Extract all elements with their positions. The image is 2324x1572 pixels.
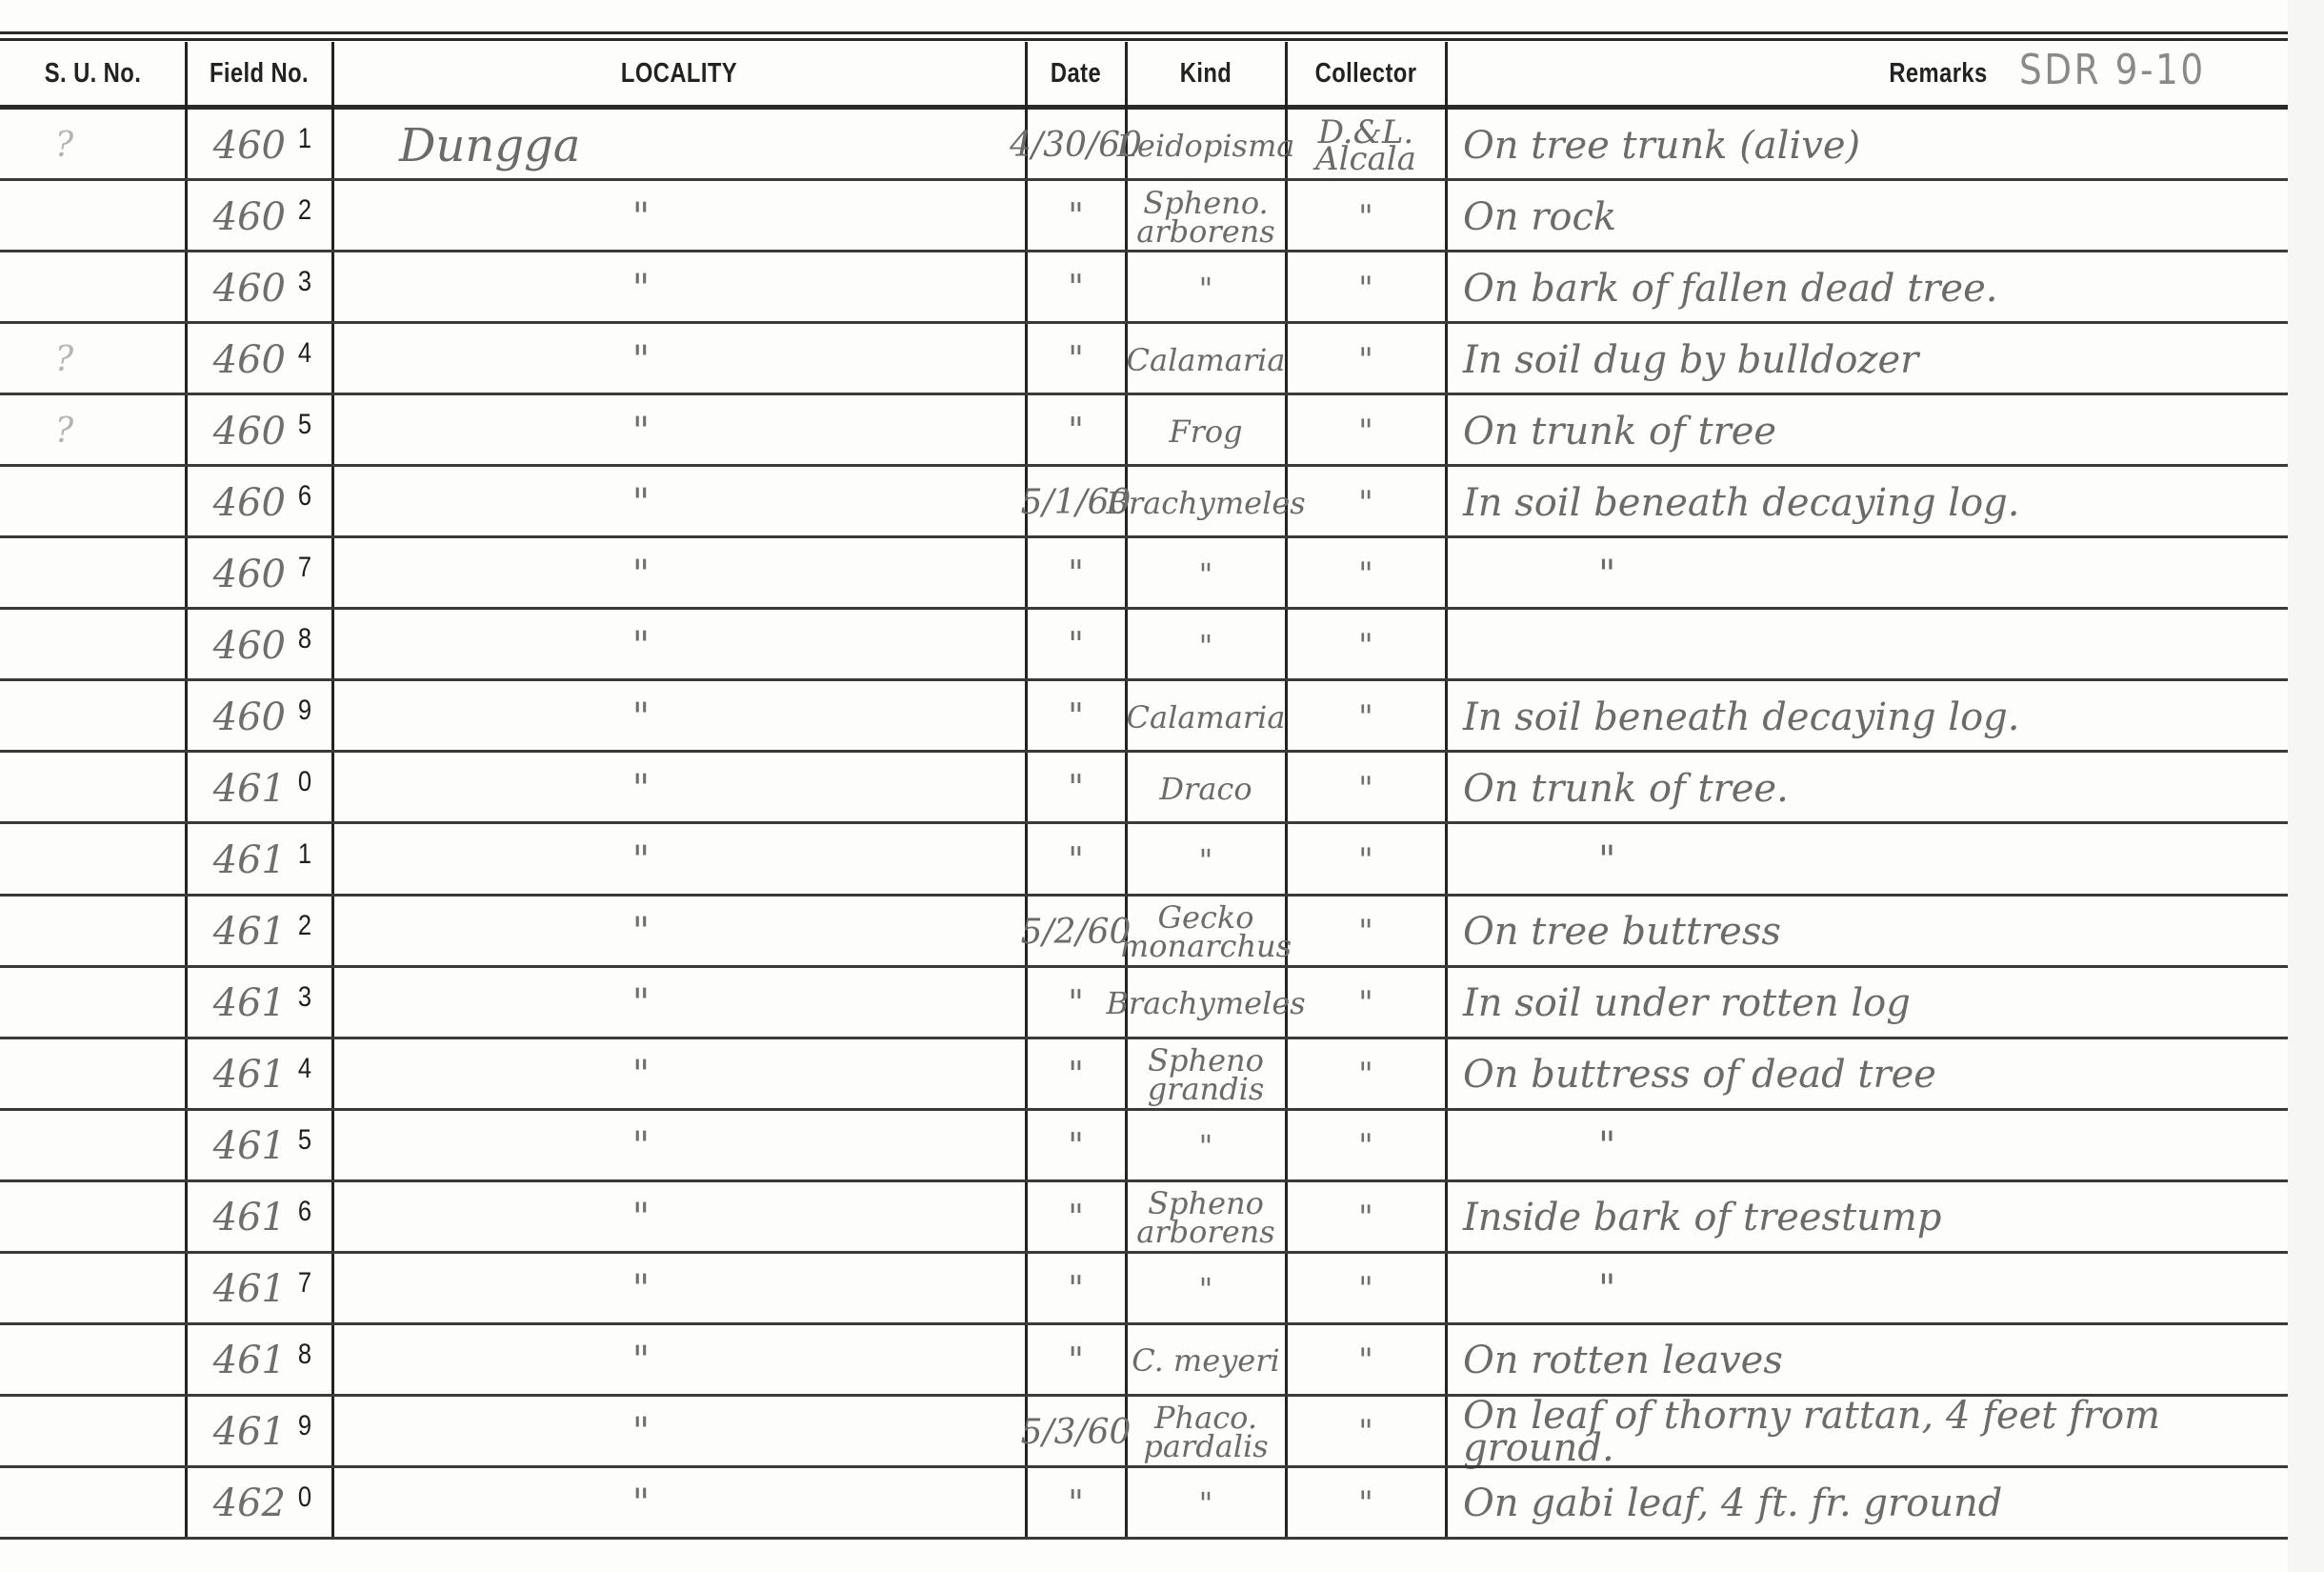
field-number-digit: 0 xyxy=(289,753,321,824)
field-number-digit: 4 xyxy=(289,1039,321,1111)
collector-cell: " xyxy=(1286,1325,1446,1397)
locality-cell: " xyxy=(332,681,1026,753)
table-row: 4615""""" xyxy=(0,1111,2288,1182)
field-number-prefix: 461 xyxy=(181,968,286,1039)
header-remarks: Remarks xyxy=(1875,42,2000,105)
collector-cell: " xyxy=(1286,825,1446,897)
date-cell: " xyxy=(1026,181,1126,252)
field-number-prefix: 461 xyxy=(181,1039,286,1111)
locality-cell: " xyxy=(332,825,1026,897)
remarks-cell: On trunk of tree. xyxy=(1446,753,2288,824)
field-number-prefix: 460 xyxy=(181,538,286,610)
remarks-cell: On rock xyxy=(1446,181,2288,252)
date-cell: " xyxy=(1026,1039,1126,1111)
collector-cell: " xyxy=(1286,753,1446,824)
field-number-prefix: 461 xyxy=(181,1254,286,1325)
date-cell: " xyxy=(1026,1468,1126,1540)
locality-cell: " xyxy=(332,1468,1026,1540)
locality-cell: " xyxy=(332,753,1026,824)
remarks-cell: On gabi leaf, 4 ft. fr. ground xyxy=(1446,1468,2288,1540)
su-number-cell xyxy=(0,753,186,824)
date-cell: " xyxy=(1026,753,1126,824)
field-number-digit: 6 xyxy=(289,1182,321,1254)
locality-cell: " xyxy=(332,324,1026,395)
table-row: 4613""Brachymeles"In soil under rotten l… xyxy=(0,968,2288,1039)
remarks-annotation: SDR 9-10 xyxy=(2019,46,2206,94)
field-number-digit: 2 xyxy=(289,181,321,252)
field-number-digit: 8 xyxy=(289,610,321,681)
collector-cell: " xyxy=(1286,181,1446,252)
table-row: 4617""""" xyxy=(0,1254,2288,1325)
kind-cell: Brachymeles xyxy=(1126,467,1286,538)
remarks-cell: " xyxy=(1446,538,2288,610)
su-number-cell xyxy=(0,467,186,538)
locality-cell: " xyxy=(332,610,1026,681)
kind-cell: " xyxy=(1126,1111,1286,1182)
date-cell: " xyxy=(1026,1111,1126,1182)
header-collector: Collector xyxy=(1300,42,1432,105)
remarks-cell: " xyxy=(1446,1254,2288,1325)
date-cell: " xyxy=(1026,252,1126,324)
table-row: 4619"5/3/60Phaco. pardalis"On leaf of th… xyxy=(0,1397,2288,1468)
table-row: ?4605""Frog"On trunk of tree xyxy=(0,395,2288,467)
table-row: 4608"""" xyxy=(0,610,2288,681)
field-number-digit: 1 xyxy=(289,110,321,181)
remarks-cell xyxy=(1446,610,2288,681)
table-row: ?4604""Calamaria"In soil dug by bulldoze… xyxy=(0,324,2288,395)
date-cell: " xyxy=(1026,538,1126,610)
kind-cell: " xyxy=(1126,1468,1286,1540)
locality-cell: " xyxy=(332,1254,1026,1325)
field-number-prefix: 460 xyxy=(181,110,286,181)
table-row: 4607""""" xyxy=(0,538,2288,610)
table-row: 4610""Draco"On trunk of tree. xyxy=(0,753,2288,824)
field-number-prefix: 460 xyxy=(181,252,286,324)
locality-cell: " xyxy=(332,897,1026,968)
locality-cell: " xyxy=(332,1397,1026,1468)
field-number-prefix: 461 xyxy=(181,825,286,897)
field-number-digit: 1 xyxy=(289,825,321,897)
table-row: 4620""""On gabi leaf, 4 ft. fr. ground xyxy=(0,1468,2288,1540)
kind-cell: Calamaria xyxy=(1126,324,1286,395)
date-cell: 5/3/60 xyxy=(1026,1397,1126,1468)
remarks-cell: On tree buttress xyxy=(1446,897,2288,968)
collector-cell: " xyxy=(1286,252,1446,324)
field-number-prefix: 460 xyxy=(181,610,286,681)
collector-cell: " xyxy=(1286,1039,1446,1111)
su-number-cell xyxy=(0,897,186,968)
table-row: 4616""Spheno arborens"Inside bark of tre… xyxy=(0,1182,2288,1254)
remarks-cell: On bark of fallen dead tree. xyxy=(1446,252,2288,324)
field-number-digit: 6 xyxy=(289,467,321,538)
kind-cell: C. meyeri xyxy=(1126,1325,1286,1397)
collector-cell: " xyxy=(1286,1397,1446,1468)
locality-cell: " xyxy=(332,1039,1026,1111)
kind-cell: Brachymeles xyxy=(1126,968,1286,1039)
locality-cell: " xyxy=(332,252,1026,324)
kind-cell: Spheno. arborens xyxy=(1126,181,1286,252)
kind-cell: Draco xyxy=(1126,753,1286,824)
remarks-cell: In soil under rotten log xyxy=(1446,968,2288,1039)
su-number-cell xyxy=(0,538,186,610)
collector-cell: " xyxy=(1286,1182,1446,1254)
collector-cell: " xyxy=(1286,1254,1446,1325)
collector-cell: " xyxy=(1286,1111,1446,1182)
field-number-digit: 9 xyxy=(289,1397,321,1468)
remarks-cell: On tree trunk (alive) xyxy=(1446,110,2288,181)
su-number-cell xyxy=(0,1254,186,1325)
table-row: 4602""Spheno. arborens"On rock xyxy=(0,181,2288,252)
field-number-digit: 4 xyxy=(289,324,321,395)
field-number-digit: 3 xyxy=(289,968,321,1039)
kind-cell: Gecko monarchus xyxy=(1126,897,1286,968)
table-row: 4609""Calamaria"In soil beneath decaying… xyxy=(0,681,2288,753)
date-cell: 5/2/60 xyxy=(1026,897,1126,968)
remarks-cell: " xyxy=(1446,1111,2288,1182)
date-cell: " xyxy=(1026,1254,1126,1325)
kind-cell: " xyxy=(1126,252,1286,324)
table-row: ?4601Dungga4/30/60LeidopismaD.&L. Alcala… xyxy=(0,110,2288,181)
locality-cell: " xyxy=(332,968,1026,1039)
field-number-digit: 5 xyxy=(289,395,321,467)
top-rule-outer xyxy=(0,31,2288,34)
date-cell: " xyxy=(1026,395,1126,467)
field-number-digit: 9 xyxy=(289,681,321,753)
locality-cell: Dungga xyxy=(332,110,1026,181)
collector-cell: " xyxy=(1286,681,1446,753)
table-row: 4611""""" xyxy=(0,825,2288,897)
su-number-cell: ? xyxy=(0,395,186,467)
field-number-prefix: 461 xyxy=(181,1111,286,1182)
su-number-cell xyxy=(0,1111,186,1182)
remarks-cell: On leaf of thorny rattan, 4 feet from gr… xyxy=(1446,1397,2288,1468)
date-cell: " xyxy=(1026,610,1126,681)
kind-cell: Leidopisma xyxy=(1126,110,1286,181)
table-row: 4603""""On bark of fallen dead tree. xyxy=(0,252,2288,324)
su-number-cell xyxy=(0,1182,186,1254)
row-rule xyxy=(0,1537,2288,1540)
locality-cell: " xyxy=(332,1111,1026,1182)
kind-cell: " xyxy=(1126,1254,1286,1325)
su-number-cell xyxy=(0,825,186,897)
field-number-prefix: 461 xyxy=(181,1182,286,1254)
remarks-cell: " xyxy=(1446,825,2288,897)
field-number-digit: 7 xyxy=(289,538,321,610)
field-number-prefix: 460 xyxy=(181,395,286,467)
date-cell: " xyxy=(1026,324,1126,395)
top-rule-inner xyxy=(0,38,2288,41)
su-number-cell xyxy=(0,610,186,681)
kind-cell: " xyxy=(1126,610,1286,681)
field-number-digit: 5 xyxy=(289,1111,321,1182)
collector-cell: " xyxy=(1286,610,1446,681)
su-number-cell xyxy=(0,1397,186,1468)
collector-cell: " xyxy=(1286,467,1446,538)
field-number-prefix: 462 xyxy=(181,1468,286,1540)
field-number-prefix: 460 xyxy=(181,324,286,395)
collector-cell: " xyxy=(1286,538,1446,610)
collector-cell: " xyxy=(1286,897,1446,968)
remarks-cell: On trunk of tree xyxy=(1446,395,2288,467)
locality-cell: " xyxy=(332,395,1026,467)
field-number-prefix: 461 xyxy=(181,897,286,968)
su-number-cell xyxy=(0,1468,186,1540)
remarks-cell: Inside bark of treestump xyxy=(1446,1182,2288,1254)
su-number-cell xyxy=(0,181,186,252)
field-number-prefix: 460 xyxy=(181,681,286,753)
header-su-no: S. U. No. xyxy=(17,42,170,105)
kind-cell: Phaco. pardalis xyxy=(1126,1397,1286,1468)
remarks-cell: On buttress of dead tree xyxy=(1446,1039,2288,1111)
table-row: 4614""Spheno grandis"On buttress of dead… xyxy=(0,1039,2288,1111)
su-number-cell xyxy=(0,968,186,1039)
collector-cell: " xyxy=(1286,324,1446,395)
header-locality: LOCALITY xyxy=(395,42,964,105)
remarks-cell: In soil dug by bulldozer xyxy=(1446,324,2288,395)
specimen-ledger-page: S. U. No. Field No. LOCALITY Date Kind C… xyxy=(0,0,2288,1572)
kind-cell: Calamaria xyxy=(1126,681,1286,753)
collector-cell: D.&L. Alcala xyxy=(1286,110,1446,181)
header-field-no: Field No. xyxy=(199,42,319,105)
su-number-cell xyxy=(0,681,186,753)
collector-cell: " xyxy=(1286,968,1446,1039)
locality-cell: " xyxy=(332,538,1026,610)
locality-cell: " xyxy=(332,1182,1026,1254)
table-row: 4606"5/1/60Brachymeles"In soil beneath d… xyxy=(0,467,2288,538)
kind-cell: " xyxy=(1126,825,1286,897)
table-row: 4612"5/2/60Gecko monarchus"On tree buttr… xyxy=(0,897,2288,968)
locality-cell: " xyxy=(332,467,1026,538)
remarks-cell: In soil beneath decaying log. xyxy=(1446,467,2288,538)
date-cell: " xyxy=(1026,1325,1126,1397)
kind-cell: " xyxy=(1126,538,1286,610)
date-cell: " xyxy=(1026,681,1126,753)
kind-cell: Spheno arborens xyxy=(1126,1182,1286,1254)
su-number-cell xyxy=(0,1325,186,1397)
field-number-digit: 3 xyxy=(289,252,321,324)
field-number-prefix: 461 xyxy=(181,1325,286,1397)
field-number-digit: 7 xyxy=(289,1254,321,1325)
locality-cell: " xyxy=(332,181,1026,252)
remarks-cell: In soil beneath decaying log. xyxy=(1446,681,2288,753)
kind-cell: Frog xyxy=(1126,395,1286,467)
field-number-digit: 2 xyxy=(289,897,321,968)
header-date: Date xyxy=(1034,42,1116,105)
su-number-cell: ? xyxy=(0,110,186,181)
field-number-digit: 8 xyxy=(289,1325,321,1397)
date-cell: " xyxy=(1026,1182,1126,1254)
field-number-prefix: 461 xyxy=(181,1397,286,1468)
collector-cell: " xyxy=(1286,1468,1446,1540)
su-number-cell xyxy=(0,252,186,324)
remarks-cell: On rotten leaves xyxy=(1446,1325,2288,1397)
kind-cell: Spheno grandis xyxy=(1126,1039,1286,1111)
su-number-cell: ? xyxy=(0,324,186,395)
date-cell: 4/30/60 xyxy=(1026,110,1126,181)
table-row: 4618""C. meyeri"On rotten leaves xyxy=(0,1325,2288,1397)
field-number-prefix: 461 xyxy=(181,753,286,824)
collector-cell: " xyxy=(1286,395,1446,467)
field-number-digit: 0 xyxy=(289,1468,321,1540)
field-number-prefix: 460 xyxy=(181,181,286,252)
locality-cell: " xyxy=(332,1325,1026,1397)
field-number-prefix: 460 xyxy=(181,467,286,538)
header-kind: Kind xyxy=(1140,42,1272,105)
date-cell: " xyxy=(1026,825,1126,897)
su-number-cell xyxy=(0,1039,186,1111)
